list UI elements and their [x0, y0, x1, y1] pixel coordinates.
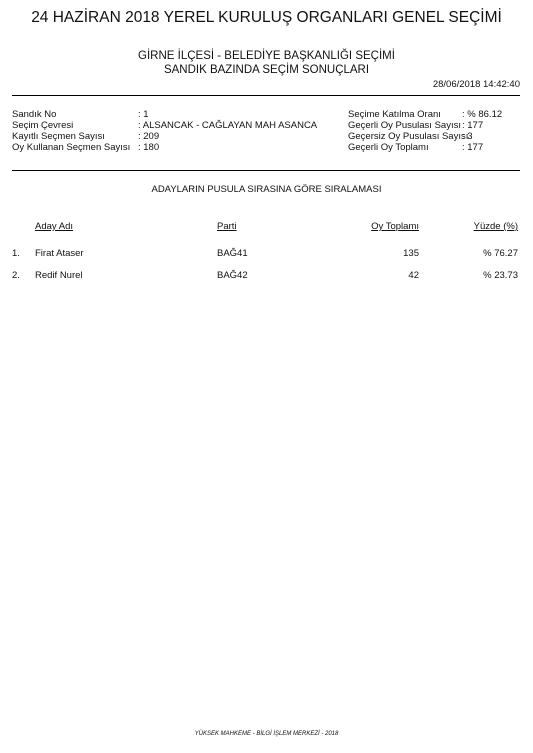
results-section-title: ADAYLARIN PUSULA SIRASINA GÖRE SIRALAMAS…	[0, 184, 533, 195]
divider-top	[12, 95, 520, 96]
vote-count: 42	[408, 270, 419, 281]
vote-count: 135	[403, 248, 419, 259]
candidate-name: Firat Ataser	[35, 248, 84, 259]
valid-votes-total-value: : 177	[462, 142, 483, 153]
constituency-label: Seçim Çevresi	[12, 120, 73, 131]
registered-voters-value: : 209	[138, 131, 159, 142]
invalid-ballots-label: Geçersiz Oy Pusulası Sayısı	[348, 131, 468, 142]
party-name: BAĞ41	[217, 248, 248, 259]
party-name: BAĞ42	[217, 270, 248, 281]
column-header-party: Parti	[217, 221, 237, 232]
column-header-candidate: Aday Adı	[35, 221, 73, 232]
candidate-name: Redif Nurel	[35, 270, 83, 281]
valid-ballots-label: Geçerli Oy Pusulası Sayısı	[348, 120, 461, 131]
vote-percent: % 76.27	[483, 248, 518, 259]
turnout-label: Seçime Katılma Oranı	[348, 109, 441, 120]
voters-cast-value: : 180	[138, 142, 159, 153]
column-header-votes: Oy Toplamı	[371, 221, 419, 232]
report-subtitle-type: SANDIK BAZINDA SEÇİM SONUÇLARI	[0, 64, 533, 76]
valid-ballots-value: : 177	[462, 120, 483, 131]
voters-cast-label: Oy Kullanan Seçmen Sayısı	[12, 142, 130, 153]
report-subtitle-district: GİRNE İLÇESİ - BELEDİYE BAŞKANLIĞI SEÇİM…	[0, 50, 533, 62]
divider-middle	[12, 170, 520, 171]
page-footer: YÜKSEK MAHKEME - BİLGİ İŞLEM MERKEZİ - 2…	[0, 731, 533, 737]
column-header-percent: Yüzde (%)	[474, 221, 518, 232]
registered-voters-label: Kayıtlı Seçmen Sayısı	[12, 131, 105, 142]
report-title: 24 HAZİRAN 2018 YEREL KURULUŞ ORGANLARI …	[0, 9, 533, 27]
constituency-value: : ALSANCAK - CAĞLAYAN MAH ASANCA	[138, 120, 317, 131]
row-number: 1.	[12, 248, 20, 259]
row-number: 2.	[12, 270, 20, 281]
vote-percent: % 23.73	[483, 270, 518, 281]
turnout-value: : % 86.12	[462, 109, 502, 120]
ballot-box-number-value: : 1	[138, 109, 149, 120]
report-timestamp: 28/06/2018 14:42:40	[433, 79, 520, 90]
table-row: 1. Firat Ataser BAĞ41 135 % 76.27	[0, 248, 533, 262]
valid-votes-total-label: Geçerli Oy Toplamı	[348, 142, 429, 153]
invalid-ballots-value: : 3	[462, 131, 473, 142]
ballot-box-number-label: Sandık No	[12, 109, 56, 120]
table-row: 2. Redif Nurel BAĞ42 42 % 23.73	[0, 270, 533, 284]
